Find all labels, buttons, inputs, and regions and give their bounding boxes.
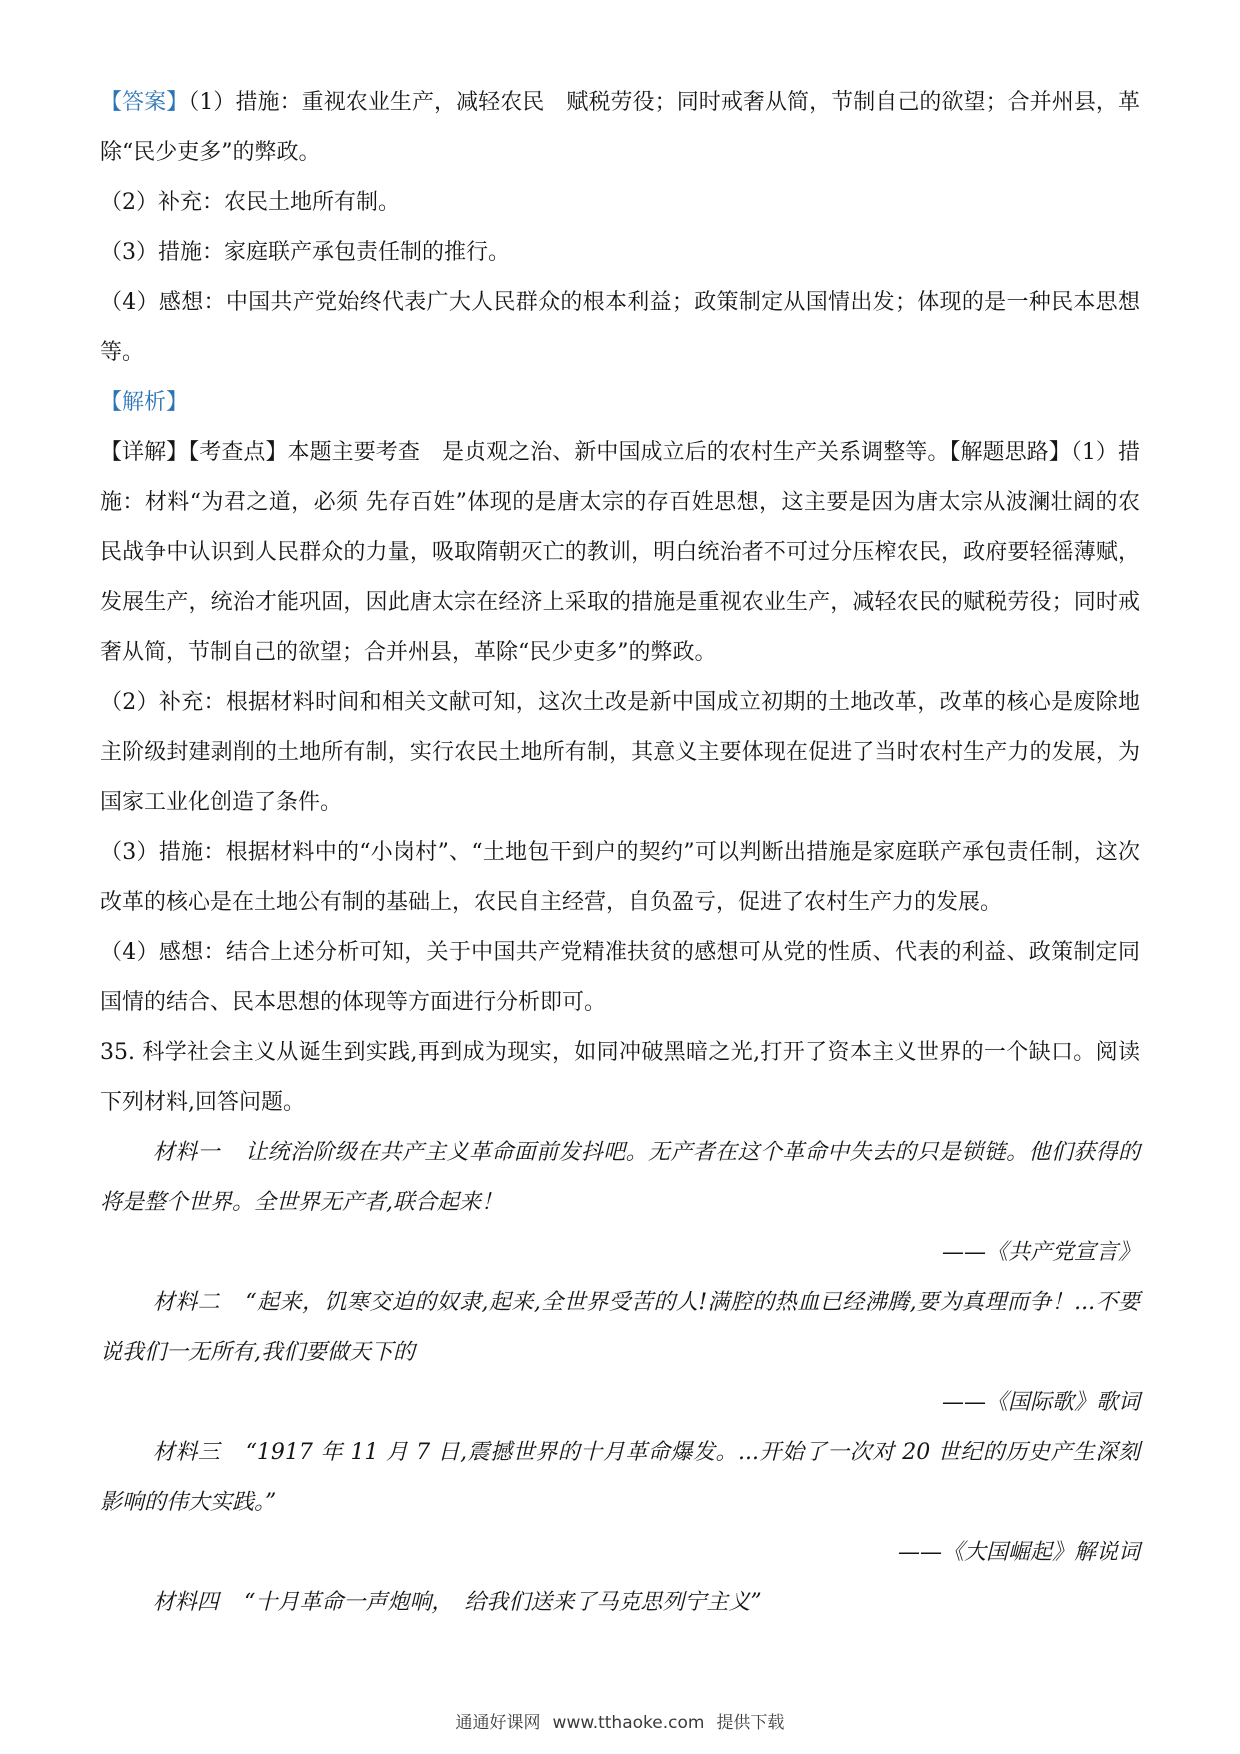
answer-item-2: （2）补充：农民土地所有制。	[100, 190, 400, 215]
analysis-detail-paragraph: 【详解】【考查点】本题主要考查 是贞观之治、新中国成立后的农村生产关系调整等。【…	[100, 428, 1140, 678]
material-1-paragraph: 材料一让统治阶级在共产主义革命面前发抖吧。无产者在这个革命中失去的只是锁链。他们…	[100, 1128, 1140, 1228]
material-2-source: ——《国际歌》歌词	[100, 1378, 1140, 1428]
material-1-label: 材料一	[153, 1140, 220, 1165]
analysis-item-2: （2）补充：根据材料时间和相关文献可知，这次土改是新中国成立初期的土地改革，改革…	[100, 690, 1140, 815]
document-body: 【答案】（1）措施：重视农业生产，减轻农民 赋税劳役；同时戒奢从简，节制自己的欲…	[100, 78, 1140, 1628]
footer-suffix: 提供下载	[716, 1713, 784, 1733]
answer-label: 【答案】	[100, 90, 188, 115]
analysis-label: 【解析】	[100, 390, 188, 415]
material-2-text: “起来，饥寒交迫的奴隶,起来,全世界受苦的人!满腔的热血已经沸腾,要为真理而争！…	[100, 1290, 1140, 1365]
analysis-detail: 【详解】【考查点】本题主要考查 是贞观之治、新中国成立后的农村生产关系调整等。【…	[100, 440, 1140, 665]
analysis-heading: 【解析】	[100, 378, 1140, 428]
analysis-item-3: （3）措施：根据材料中的“小岗村”、“土地包干到户的契约”可以判断出措施是家庭联…	[100, 840, 1140, 915]
answer-paragraph-4: （4）感想：中国共产党始终代表广大人民群众的根本利益；政策制定从国情出发；体现的…	[100, 278, 1140, 378]
material-3-paragraph: 材料三“1917 年 11 月 7 日,震撼世界的十月革命爆发。...开始了一次…	[100, 1428, 1140, 1528]
material-4-label: 材料四	[153, 1590, 219, 1615]
answer-paragraph-1: 【答案】（1）措施：重视农业生产，减轻农民 赋税劳役；同时戒奢从简，节制自己的欲…	[100, 78, 1140, 178]
document-page: 【答案】（1）措施：重视农业生产，减轻农民 赋税劳役；同时戒奢从简，节制自己的欲…	[0, 0, 1240, 1754]
material-2-paragraph: 材料二“起来，饥寒交迫的奴隶,起来,全世界受苦的人!满腔的热血已经沸腾,要为真理…	[100, 1278, 1140, 1378]
footer-url: www.tthaoke.com	[553, 1713, 705, 1733]
question-stem: 科学社会主义从诞生到实践,再到成为现实，如同冲破黑暗之光,打开了资本主义世界的一…	[100, 1040, 1140, 1115]
question-stem-paragraph: 35. 科学社会主义从诞生到实践,再到成为现实，如同冲破黑暗之光,打开了资本主义…	[100, 1028, 1140, 1128]
material-2-label: 材料二	[153, 1290, 220, 1315]
material-4-text: “十月革命一声炮响， 给我们送来了马克思列宁主义”	[244, 1590, 762, 1615]
material-1-source: ——《共产党宣言》	[100, 1228, 1140, 1278]
answer-item-1: （1）措施：重视农业生产，减轻农民 赋税劳役；同时戒奢从简，节制自己的欲望；合并…	[100, 90, 1140, 165]
material-1-text: 让统治阶级在共产主义革命面前发抖吧。无产者在这个革命中失去的只是锁链。他们获得的…	[100, 1140, 1140, 1215]
material-3-source: ——《大国崛起》解说词	[100, 1528, 1140, 1578]
material-4-paragraph: 材料四“十月革命一声炮响， 给我们送来了马克思列宁主义”	[100, 1578, 1140, 1628]
page-footer: 通通好课网www.tthaoke.com提供下载	[0, 1708, 1240, 1733]
analysis-paragraph-2: （2）补充：根据材料时间和相关文献可知，这次土改是新中国成立初期的土地改革，改革…	[100, 678, 1140, 828]
answer-item-4: （4）感想：中国共产党始终代表广大人民群众的根本利益；政策制定从国情出发；体现的…	[100, 290, 1140, 365]
footer-site-name: 通通好课网	[456, 1713, 541, 1733]
answer-paragraph-2: （2）补充：农民土地所有制。	[100, 178, 1140, 228]
analysis-paragraph-3: （3）措施：根据材料中的“小岗村”、“土地包干到户的契约”可以判断出措施是家庭联…	[100, 828, 1140, 928]
question-number: 35.	[100, 1040, 142, 1065]
analysis-paragraph-4: （4）感想：结合上述分析可知，关于中国共产党精准扶贫的感想可从党的性质、代表的利…	[100, 928, 1140, 1028]
analysis-item-4: （4）感想：结合上述分析可知，关于中国共产党精准扶贫的感想可从党的性质、代表的利…	[100, 940, 1140, 1015]
answer-paragraph-3: （3）措施：家庭联产承包责任制的推行。	[100, 228, 1140, 278]
material-3-label: 材料三	[153, 1440, 221, 1465]
answer-item-3: （3）措施：家庭联产承包责任制的推行。	[100, 240, 510, 265]
material-3-text: “1917 年 11 月 7 日,震撼世界的十月革命爆发。...开始了一次对 2…	[100, 1440, 1140, 1515]
